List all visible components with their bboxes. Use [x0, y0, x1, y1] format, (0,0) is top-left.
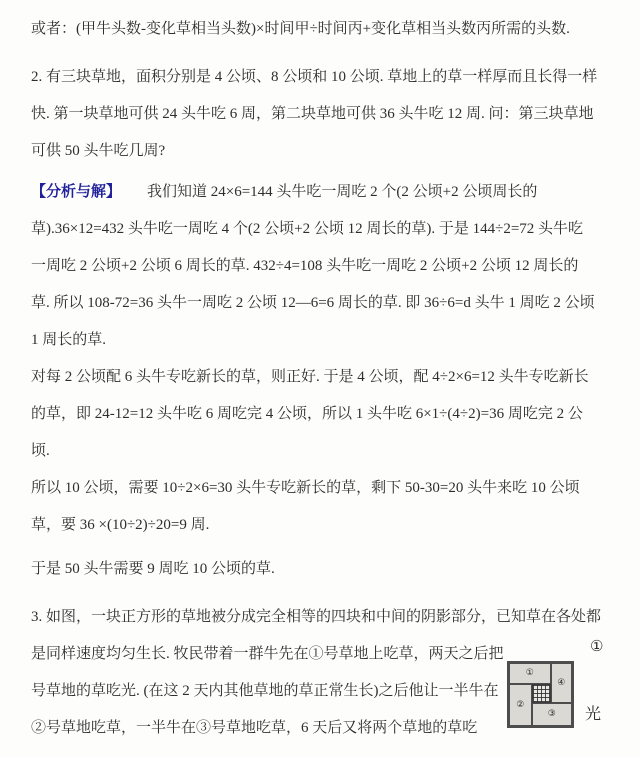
- paragraph-solution-3: 所以 10 公顷，需要 10÷2×6=30 头牛专吃新长的草，剩下 50-30=…: [31, 470, 609, 544]
- text-line: 可供 50 头牛吃几周?: [31, 133, 609, 170]
- region-4-label: ④: [557, 679, 565, 688]
- analysis-solution-label: 【分析与解】: [31, 184, 121, 200]
- text-line: 号草地的草吃光. (在这 2 天内其他草地的草正常生长)之后他让一半牛在: [31, 673, 493, 710]
- text-line: 于是 50 头牛需要 9 周吃 10 公顷的草.: [31, 551, 609, 588]
- text-line: 一周吃 2 公顷+2 公顷 6 周长的草. 432÷4=108 头牛吃一周吃 2…: [31, 248, 609, 285]
- text-line: 3. 如图，一块正方形的草地被分成完全相等的四块和中间的阴影部分，已知草在各处都: [31, 599, 609, 636]
- text-line: 所以 10 公顷，需要 10÷2×6=30 头牛专吃新长的草，剩下 50-30=…: [31, 470, 609, 507]
- wrapped-guang-char: 光: [585, 701, 601, 724]
- text-line: 草. 所以 108-72=36 头牛一周吃 2 公顷 12—6=6 周长的草. …: [31, 285, 609, 322]
- document-page: 或者：(甲牛头数-变化草相当头数)×时间甲÷时间丙+变化草相当头数丙所需的头数.…: [0, 0, 640, 757]
- paragraph-problem-2: 2. 有三块草地，面积分别是 4 公顷、8 公顷和 10 公顷. 草地上的草一样…: [31, 59, 609, 170]
- analysis-first-line-text: 我们知道 24×6=144 头牛吃一周吃 2 个(2 公顷+2 公顷周长的: [147, 184, 537, 200]
- diagram-region-1: ①: [509, 663, 551, 684]
- diagram-region-2: ②: [509, 684, 532, 726]
- region-2-label: ②: [516, 701, 524, 710]
- text-line: 1 周长的草.: [31, 322, 609, 359]
- text-line: 对每 2 公顷配 6 头牛专吃新长的草，则正好. 于是 4 公顷，配 4÷2×6…: [31, 359, 609, 396]
- text-line: 的草，即 24-12=12 头牛吃 6 周吃完 4 公顷，所以 1 头牛吃 6×…: [31, 396, 609, 433]
- region-1-label: ①: [526, 669, 534, 678]
- text-line: 顷.: [31, 433, 609, 470]
- text-line: 草，要 36 ×(10÷2)÷20=9 周.: [31, 507, 609, 544]
- text-line: 【分析与解】我们知道 24×6=144 头牛吃一周吃 2 个(2 公顷+2 公顷…: [31, 174, 609, 211]
- paragraph-formula: 或者：(甲牛头数-变化草相当头数)×时间甲÷时间丙+变化草相当头数丙所需的头数.: [31, 11, 609, 48]
- text-line: ②号草地吃草，一半牛在③号草地吃草，6 天后又将两个草地的草吃: [31, 710, 493, 747]
- grass-field-diagram: ① ④ ② ③: [507, 661, 574, 728]
- paragraph-conclusion: 于是 50 头牛需要 9 周吃 10 公顷的草.: [31, 551, 609, 588]
- diagram-region-3: ③: [532, 703, 572, 726]
- paragraph-solution-2: 对每 2 公顷配 6 头牛专吃新长的草，则正好. 于是 4 公顷，配 4÷2×6…: [31, 359, 609, 470]
- text-line: 快. 第一块草地可供 24 头牛吃 6 周，第二块草地可供 36 头牛吃 12 …: [31, 96, 609, 133]
- wrapped-circled-one-char: ①: [590, 637, 603, 656]
- text-line: 或者：(甲牛头数-变化草相当头数)×时间甲÷时间丙+变化草相当头数丙所需的头数.: [31, 11, 609, 48]
- text-line: 是同样速度均匀生长. 牧民带着一群牛先在①号草地上吃草，两天之后把: [31, 636, 493, 673]
- paragraph-analysis: 【分析与解】我们知道 24×6=144 头牛吃一周吃 2 个(2 公顷+2 公顷…: [31, 174, 609, 359]
- diagram-region-4: ④: [551, 663, 572, 703]
- text-line: 草).36×12=432 头牛吃一周吃 4 个(2 公顷+2 公顷 12 周长的…: [31, 211, 609, 248]
- diagram-shaded-center: [532, 684, 551, 703]
- region-3-label: ③: [548, 710, 556, 719]
- text-line: 2. 有三块草地，面积分别是 4 公顷、8 公顷和 10 公顷. 草地上的草一样…: [31, 59, 609, 96]
